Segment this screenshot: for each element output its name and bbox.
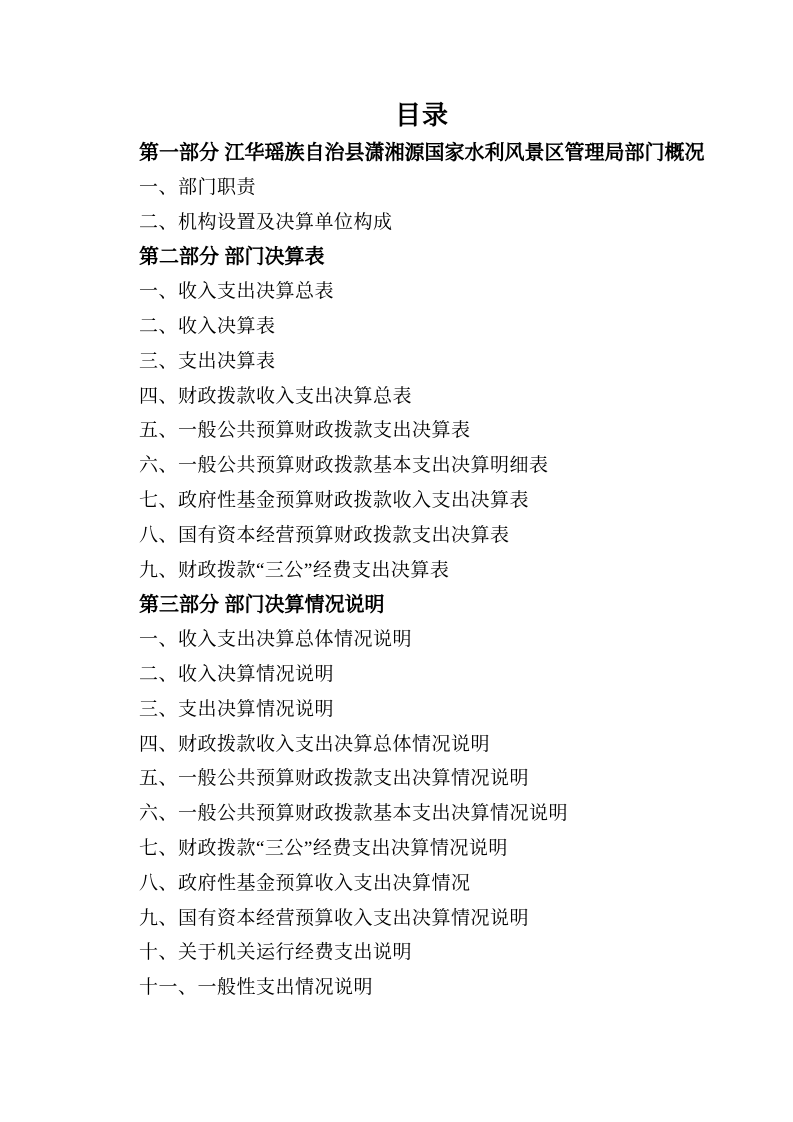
toc-section-heading: 第二部分 部门决算表 [139, 240, 705, 275]
toc-item: 十一、一般性支出情况说明 [139, 971, 705, 1006]
toc-item: 八、国有资本经营预算财政拨款支出决算表 [139, 519, 705, 554]
toc-item: 七、政府性基金预算财政拨款收入支出决算表 [139, 484, 705, 519]
page-title: 目录 [139, 97, 705, 133]
toc-item: 七、财政拨款“三公”经费支出决算情况说明 [139, 832, 705, 867]
toc-item: 五、一般公共预算财政拨款支出决算表 [139, 414, 705, 449]
document-page: 目录 第一部分 江华瑶族自治县潇湘源国家水利风景区管理局部门概况一、部门职责二、… [0, 0, 793, 1122]
toc-item: 五、一般公共预算财政拨款支出决算情况说明 [139, 762, 705, 797]
toc-section-heading: 第三部分 部门决算情况说明 [139, 588, 705, 623]
table-of-contents: 第一部分 江华瑶族自治县潇湘源国家水利风景区管理局部门概况一、部门职责二、机构设… [139, 136, 705, 1006]
toc-item: 六、一般公共预算财政拨款基本支出决算明细表 [139, 449, 705, 484]
toc-item: 一、收入支出决算总表 [139, 275, 705, 310]
toc-item: 二、收入决算表 [139, 310, 705, 345]
toc-item: 八、政府性基金预算收入支出决算情况 [139, 867, 705, 902]
toc-item: 九、财政拨款“三公”经费支出决算表 [139, 554, 705, 589]
toc-item: 三、支出决算表 [139, 345, 705, 380]
toc-item: 一、收入支出决算总体情况说明 [139, 623, 705, 658]
toc-item: 四、财政拨款收入支出决算总体情况说明 [139, 728, 705, 763]
toc-item: 十、关于机关运行经费支出说明 [139, 936, 705, 971]
toc-item: 九、国有资本经营预算收入支出决算情况说明 [139, 902, 705, 937]
toc-item: 四、财政拨款收入支出决算总表 [139, 380, 705, 415]
toc-item: 三、支出决算情况说明 [139, 693, 705, 728]
toc-item: 二、收入决算情况说明 [139, 658, 705, 693]
toc-section-heading: 第一部分 江华瑶族自治县潇湘源国家水利风景区管理局部门概况 [139, 136, 705, 171]
toc-item: 六、一般公共预算财政拨款基本支出决算情况说明 [139, 797, 705, 832]
toc-item: 一、部门职责 [139, 171, 705, 206]
toc-item: 二、机构设置及决算单位构成 [139, 206, 705, 241]
